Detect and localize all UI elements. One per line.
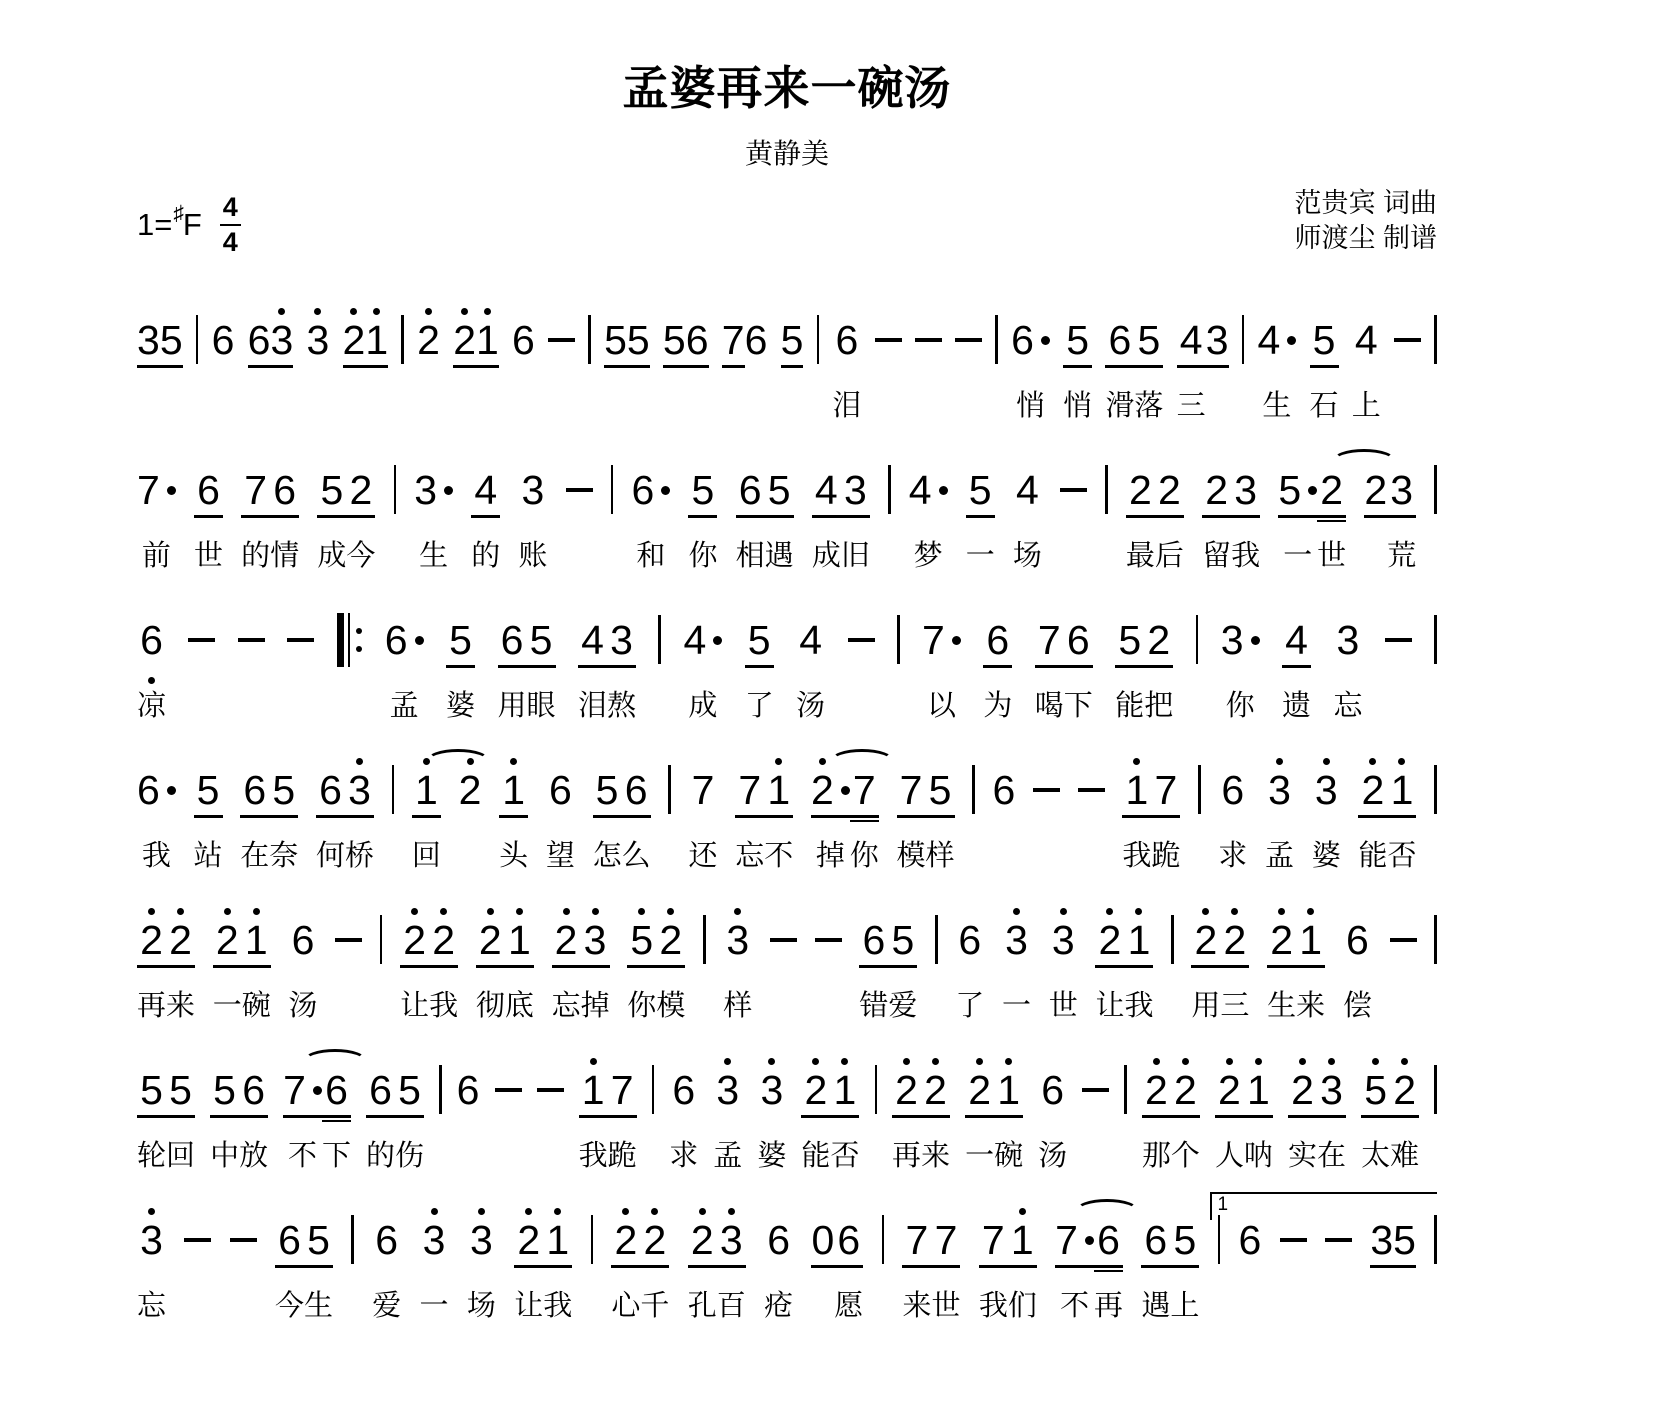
octave-dot-row-above	[552, 904, 581, 917]
octave-dot-row-below	[1078, 825, 1105, 837]
lyric: 石	[1310, 389, 1339, 425]
underline-row	[834, 1263, 863, 1275]
octave-dot-row-below	[400, 975, 429, 987]
duration-dash	[188, 638, 215, 643]
octave-dot-row-below	[1215, 1125, 1244, 1137]
digit-row: 7	[244, 467, 267, 513]
underline-row	[343, 363, 366, 375]
octave-dot-row-below	[1060, 525, 1087, 537]
note-cell: 5	[781, 304, 804, 425]
note-digit: 2	[1194, 917, 1217, 963]
underline	[627, 365, 650, 368]
note-digit: 2	[1174, 1067, 1197, 1113]
underline-row	[1310, 363, 1339, 375]
octave-dot-row-above	[184, 1204, 211, 1217]
note-digit: 2	[343, 317, 366, 363]
rest-cell: 0	[811, 1204, 834, 1325]
octave-dot-above	[554, 1208, 561, 1215]
underline	[897, 815, 926, 818]
digit-row	[1033, 767, 1060, 813]
repeat-thick-bar	[337, 613, 344, 667]
octave-dot-row-below	[1115, 675, 1144, 687]
underline-row	[543, 1263, 572, 1275]
digit-row	[955, 317, 982, 363]
lyric: 我	[543, 1289, 572, 1325]
lyric: 留	[1202, 539, 1231, 575]
octave-dot-row-above	[1343, 904, 1372, 917]
barline	[888, 465, 891, 514]
note-digit: 3	[726, 917, 749, 963]
lyric: 成	[688, 689, 717, 725]
underline-row	[1134, 363, 1163, 375]
octave-dot-row-below	[412, 825, 441, 837]
octave-dot-row-above	[304, 1204, 333, 1217]
digit-row: 6	[140, 617, 163, 663]
underline-row	[512, 363, 535, 375]
lyric: 遗	[1282, 689, 1311, 725]
digit-row: 5	[272, 767, 295, 813]
note-cell: 2忘	[552, 904, 581, 1025]
note-digit: 6	[375, 1217, 398, 1263]
lyric: 忘	[1333, 689, 1362, 725]
note-digit: 1	[502, 767, 525, 813]
note-digit: 1	[834, 1067, 857, 1113]
note-cell: 5生	[304, 1204, 333, 1325]
octave-dot-row-above	[955, 304, 982, 317]
lyric: 回	[412, 839, 441, 875]
lyric: 一	[420, 1289, 449, 1325]
underline	[622, 815, 651, 818]
underline-row	[848, 663, 875, 675]
octave-dot-row-below	[770, 975, 797, 987]
octave-dot-row-above	[765, 454, 794, 467]
note-cell: 2难	[1390, 1054, 1419, 1175]
octave-dot-row-below	[1244, 1125, 1273, 1137]
dash-cell	[495, 1054, 522, 1175]
digit-row: 3	[1337, 617, 1360, 663]
underline-row	[604, 363, 627, 375]
underline	[269, 815, 298, 818]
underline	[611, 1265, 640, 1268]
lyric: 成	[812, 539, 841, 575]
underline-row	[909, 513, 948, 525]
barline	[703, 915, 706, 964]
octave-dot-row-above	[579, 1054, 608, 1067]
note-cell: 3在	[1317, 1054, 1346, 1175]
underline-row	[1215, 1113, 1244, 1125]
note-digit: 6	[137, 767, 160, 813]
octave-dot-row-below	[683, 675, 722, 687]
octave-dot-row-above	[316, 754, 345, 767]
underline	[764, 815, 793, 818]
lyric: 模	[656, 989, 685, 1025]
note-digit: 6	[243, 767, 266, 813]
note-cell: 4梦	[909, 454, 948, 575]
underline-row	[1191, 963, 1220, 975]
octave-dot-above	[411, 908, 418, 915]
underline	[1206, 365, 1229, 368]
duration-dash	[955, 338, 982, 343]
lyric: 今	[275, 1289, 304, 1325]
underline	[1231, 515, 1260, 518]
octave-dot-row-below	[983, 675, 1012, 687]
octave-dot-row-below	[832, 375, 861, 387]
lyric: 放	[239, 1139, 268, 1175]
note-digit: 4	[1355, 317, 1378, 363]
octave-dot-row-below	[1082, 1125, 1109, 1137]
note-digit: 2	[1158, 467, 1181, 513]
note-cell: 1底	[505, 904, 534, 1025]
octave-dot-row-above	[514, 1204, 543, 1217]
note-cell: 6和	[631, 454, 670, 575]
note-cell: 6	[512, 304, 535, 425]
octave-dot-row-below	[317, 525, 346, 537]
digit-row: 3	[584, 917, 607, 963]
octave-dot-row-below	[922, 675, 961, 687]
octave-dot-row-below	[499, 825, 528, 837]
underline-row	[926, 813, 955, 825]
digit-row: 1	[997, 1067, 1020, 1113]
note-cell: 3掉	[581, 904, 610, 1025]
digit-row: 7	[906, 1217, 929, 1263]
octave-dot-row-below	[453, 375, 476, 387]
note-cell: 6求	[669, 1054, 698, 1175]
digit-row: 6	[273, 467, 296, 513]
note-cell: 2那	[1142, 1054, 1171, 1175]
underline-row	[1280, 1263, 1307, 1275]
lyric: 爱	[888, 989, 917, 1025]
underline	[627, 965, 656, 968]
octave-dot-row-below	[137, 675, 166, 687]
note-cell: 5石	[1310, 304, 1339, 425]
octave-dot-above	[1307, 908, 1314, 915]
note-cell: 6	[457, 1054, 480, 1175]
digit-row: 2	[1393, 1067, 1416, 1113]
barline	[1434, 915, 1437, 964]
note-digit: 4	[474, 467, 497, 513]
duration-dash	[1385, 638, 1412, 643]
digit-row: 5	[530, 617, 553, 663]
octave-dot-row-below	[722, 375, 745, 387]
note-digit: 1	[245, 917, 268, 963]
octave-dot-row-above	[983, 604, 1012, 617]
note-cell: 2把	[1144, 604, 1173, 725]
octave-dot-row-below	[888, 975, 917, 987]
digit-row: 6	[1239, 1217, 1262, 1263]
underline-row	[365, 363, 388, 375]
octave-dot-above	[1135, 908, 1142, 915]
digit-row: 1	[1011, 1217, 1034, 1263]
underline	[543, 1265, 572, 1268]
digit-row: 5	[891, 917, 914, 963]
note-cell: 6	[745, 304, 768, 425]
underline-row	[137, 813, 176, 825]
octave-dot-row-below	[166, 975, 195, 987]
octave-dot-row-above	[1151, 754, 1180, 767]
digit-row: 3	[270, 317, 293, 363]
underline-row	[1325, 1263, 1352, 1275]
digit-row: 5	[140, 1067, 163, 1113]
lyric: 情	[270, 539, 299, 575]
note-digit: 4	[581, 617, 604, 663]
octave-dot-row-above	[841, 454, 870, 467]
note-digit: 3	[584, 917, 607, 963]
digit-row: 6	[197, 467, 220, 513]
underline-row	[764, 813, 793, 825]
digit-row: 5	[748, 617, 771, 663]
underline	[859, 965, 888, 968]
octave-dot-row-below	[240, 825, 269, 837]
octave-dot-row-above	[1144, 604, 1173, 617]
octave-dot-row-above	[1063, 304, 1092, 317]
octave-dot-row-below	[1191, 975, 1220, 987]
note-cell: 7你	[850, 754, 879, 875]
underline-row	[1358, 813, 1387, 825]
octave-dot-row-above	[735, 754, 764, 767]
note-cell: 7忘	[735, 754, 764, 875]
underline	[1387, 815, 1416, 818]
underline	[1151, 815, 1180, 818]
note-digit: 1	[1011, 1217, 1034, 1263]
augmentation-dot	[167, 486, 176, 495]
underline-row	[275, 1263, 304, 1275]
digit-row: 1	[1247, 1067, 1270, 1113]
digit-row	[1060, 467, 1087, 513]
underline-row	[811, 1263, 834, 1275]
barline	[1434, 465, 1437, 514]
octave-dot-row-above	[372, 1204, 401, 1217]
octave-dot-row-below	[1035, 675, 1064, 687]
dash-cell	[1078, 754, 1105, 875]
octave-dot-row-below	[188, 675, 215, 687]
octave-dot-row-below	[640, 1275, 669, 1287]
underline	[194, 515, 223, 518]
note-cell: 1我	[1122, 754, 1151, 875]
underline-row	[505, 963, 534, 975]
duration-dash	[848, 638, 875, 643]
note-cell: 2来	[166, 904, 195, 1025]
octave-dot-row-above	[1231, 454, 1260, 467]
note-cell: 6遇	[1141, 1204, 1170, 1325]
digit-row: 6	[631, 467, 670, 513]
underline	[160, 365, 183, 368]
underline-row	[1142, 1113, 1171, 1125]
duration-dash	[495, 1088, 522, 1093]
underline	[1310, 365, 1339, 368]
octave-dot-row-above	[188, 604, 215, 617]
lyric: 忘	[552, 989, 581, 1025]
lyric: 掉	[581, 989, 610, 1025]
octave-dot-row-below	[238, 675, 265, 687]
note-digit: 5	[663, 317, 686, 363]
note-digit: 5	[604, 317, 627, 363]
octave-dot-row-below	[1011, 375, 1050, 387]
octave-dot-row-above	[166, 1054, 195, 1067]
note-digit: 5	[781, 317, 804, 363]
underline-row	[955, 363, 982, 375]
note-digit: 6	[625, 767, 648, 813]
octave-dot-row-below	[1325, 1275, 1352, 1287]
underline-row	[166, 963, 195, 975]
augmentation-dot	[1041, 336, 1050, 345]
lyric: 不	[288, 1139, 317, 1175]
digit-row: 5	[1278, 467, 1317, 513]
octave-dot-above	[699, 1208, 706, 1215]
octave-dot-row-below	[1317, 525, 1346, 537]
lyric: 你	[627, 989, 656, 1025]
octave-dot-row-above	[1191, 904, 1220, 917]
note-cell: 6了	[955, 904, 984, 1025]
note-cell: 3样	[723, 904, 752, 1025]
octave-dot-row-below	[505, 975, 534, 987]
note-cell: 5	[160, 304, 183, 425]
note-digit: 5	[891, 917, 914, 963]
digit-row: 1	[582, 1067, 605, 1113]
octave-dot-row-above	[241, 454, 270, 467]
note-cell: 6望	[546, 754, 575, 875]
note-cell: 2掉	[811, 754, 850, 875]
note-cell: 4的	[471, 454, 500, 575]
note-cell: 3	[137, 304, 160, 425]
note-cell: 6愿	[834, 1204, 863, 1325]
octave-dot-row-below	[335, 975, 362, 987]
digit-row: 4	[1180, 317, 1203, 363]
underline-row	[915, 363, 942, 375]
underline-row	[1288, 1113, 1317, 1125]
digit-row: 6	[369, 1067, 392, 1113]
octave-dot-above	[1278, 908, 1285, 915]
lyric: 望	[546, 839, 575, 875]
underline	[345, 815, 374, 818]
octave-dot-row-below	[1257, 375, 1296, 387]
digit-row: 6	[248, 317, 271, 363]
lyric: 今	[346, 539, 375, 575]
dash-cell	[230, 1204, 257, 1325]
artist-name: 黄静美	[137, 132, 1437, 172]
note-cell: 2能	[801, 1054, 830, 1175]
underline-row	[841, 513, 870, 525]
underline-row	[717, 1263, 746, 1275]
note-cell: 5婆	[446, 604, 475, 725]
underline	[931, 1265, 960, 1268]
underline	[1155, 515, 1184, 518]
octave-dot-row-above	[1387, 754, 1416, 767]
underline	[1105, 365, 1134, 368]
note-cell: 7不	[283, 1054, 322, 1175]
lyric: 太	[1361, 1139, 1390, 1175]
lyric: 我	[1231, 539, 1260, 575]
octave-dot-above	[440, 908, 447, 915]
lyric: 爱	[372, 1289, 401, 1325]
octave-dot-row-below	[689, 825, 718, 837]
octave-dot-row-above	[499, 754, 528, 767]
octave-dot-row-below	[537, 1125, 564, 1137]
octave-dot-row-above	[512, 304, 535, 317]
note-cell: 7的	[241, 454, 270, 575]
note-cell: 5一	[966, 454, 995, 575]
note-cell: 2模	[656, 904, 685, 1025]
note-cell: 3我	[1231, 454, 1260, 575]
octave-dot-row-below	[723, 975, 752, 987]
octave-dot-row-above	[270, 304, 293, 317]
lyric: 汤	[1038, 1139, 1067, 1175]
underline	[366, 1115, 395, 1118]
note-cell: 3婆	[757, 1054, 786, 1175]
underline-row	[166, 1113, 195, 1125]
note-digit: 7	[982, 1217, 1005, 1263]
underline-row	[921, 1113, 950, 1125]
note-cell: 1呐	[1244, 1054, 1273, 1175]
lyric: 再	[892, 1139, 921, 1175]
octave-dot-row-above	[1035, 604, 1064, 617]
lyric: 实	[1288, 1139, 1317, 1175]
lyric: 三	[1220, 989, 1249, 1025]
octave-dot-row-above	[137, 604, 166, 617]
digit-row: 1	[502, 767, 525, 813]
digit-row: 5	[604, 317, 627, 363]
digit-row: 4	[683, 617, 722, 663]
underline-row	[689, 813, 718, 825]
digit-row: 3	[760, 1067, 783, 1113]
underline-row	[346, 513, 375, 525]
digit-row: 3	[348, 767, 371, 813]
octave-dot-row-above	[1213, 604, 1252, 617]
underline-row	[888, 963, 917, 975]
octave-dot-row-above	[446, 604, 475, 617]
note-cell: 4遗	[1282, 604, 1311, 725]
octave-dot-row-below	[514, 1275, 543, 1287]
octave-dot-row-below	[736, 525, 765, 537]
octave-dot-row-above	[915, 304, 942, 317]
digit-row: 5	[1118, 617, 1141, 663]
underline-row	[372, 1263, 401, 1275]
octave-dot-row-below	[1231, 525, 1260, 537]
octave-dot-row-below	[414, 525, 453, 537]
lyric: 让	[1095, 989, 1124, 1025]
octave-dot-row-below	[1013, 525, 1042, 537]
note-digit: 4	[799, 617, 822, 663]
octave-dot-row-below	[395, 1125, 424, 1137]
underline-row	[459, 813, 482, 825]
octave-dot-above	[478, 1208, 485, 1215]
octave-dot-row-below	[1105, 375, 1134, 387]
dash-cell	[287, 604, 314, 725]
underline	[892, 1115, 921, 1118]
octave-dot-row-above	[527, 604, 556, 617]
lyric: 回	[166, 1139, 195, 1175]
note-cell: 5	[663, 304, 686, 425]
digit-row: 5	[213, 1067, 236, 1113]
note-digit: 2	[615, 1217, 638, 1263]
underline-row	[1055, 1263, 1094, 1275]
barline	[817, 315, 820, 364]
underline-row	[1390, 963, 1417, 975]
underline	[841, 515, 870, 518]
digit-row: 2	[403, 917, 426, 963]
underline	[1361, 1115, 1390, 1118]
octave-dot-row-above	[459, 754, 482, 767]
note-cell: 2个	[1171, 1054, 1200, 1175]
octave-dot-row-above	[287, 604, 314, 617]
octave-dot-row-above	[689, 754, 718, 767]
underline-row	[1390, 1113, 1419, 1125]
underline	[1134, 365, 1163, 368]
lyric: 模	[897, 839, 926, 875]
underline-row	[640, 1263, 669, 1275]
octave-dot-row-below	[1352, 375, 1381, 387]
note-digit: 3	[348, 767, 371, 813]
octave-dot-above	[1255, 1058, 1262, 1065]
